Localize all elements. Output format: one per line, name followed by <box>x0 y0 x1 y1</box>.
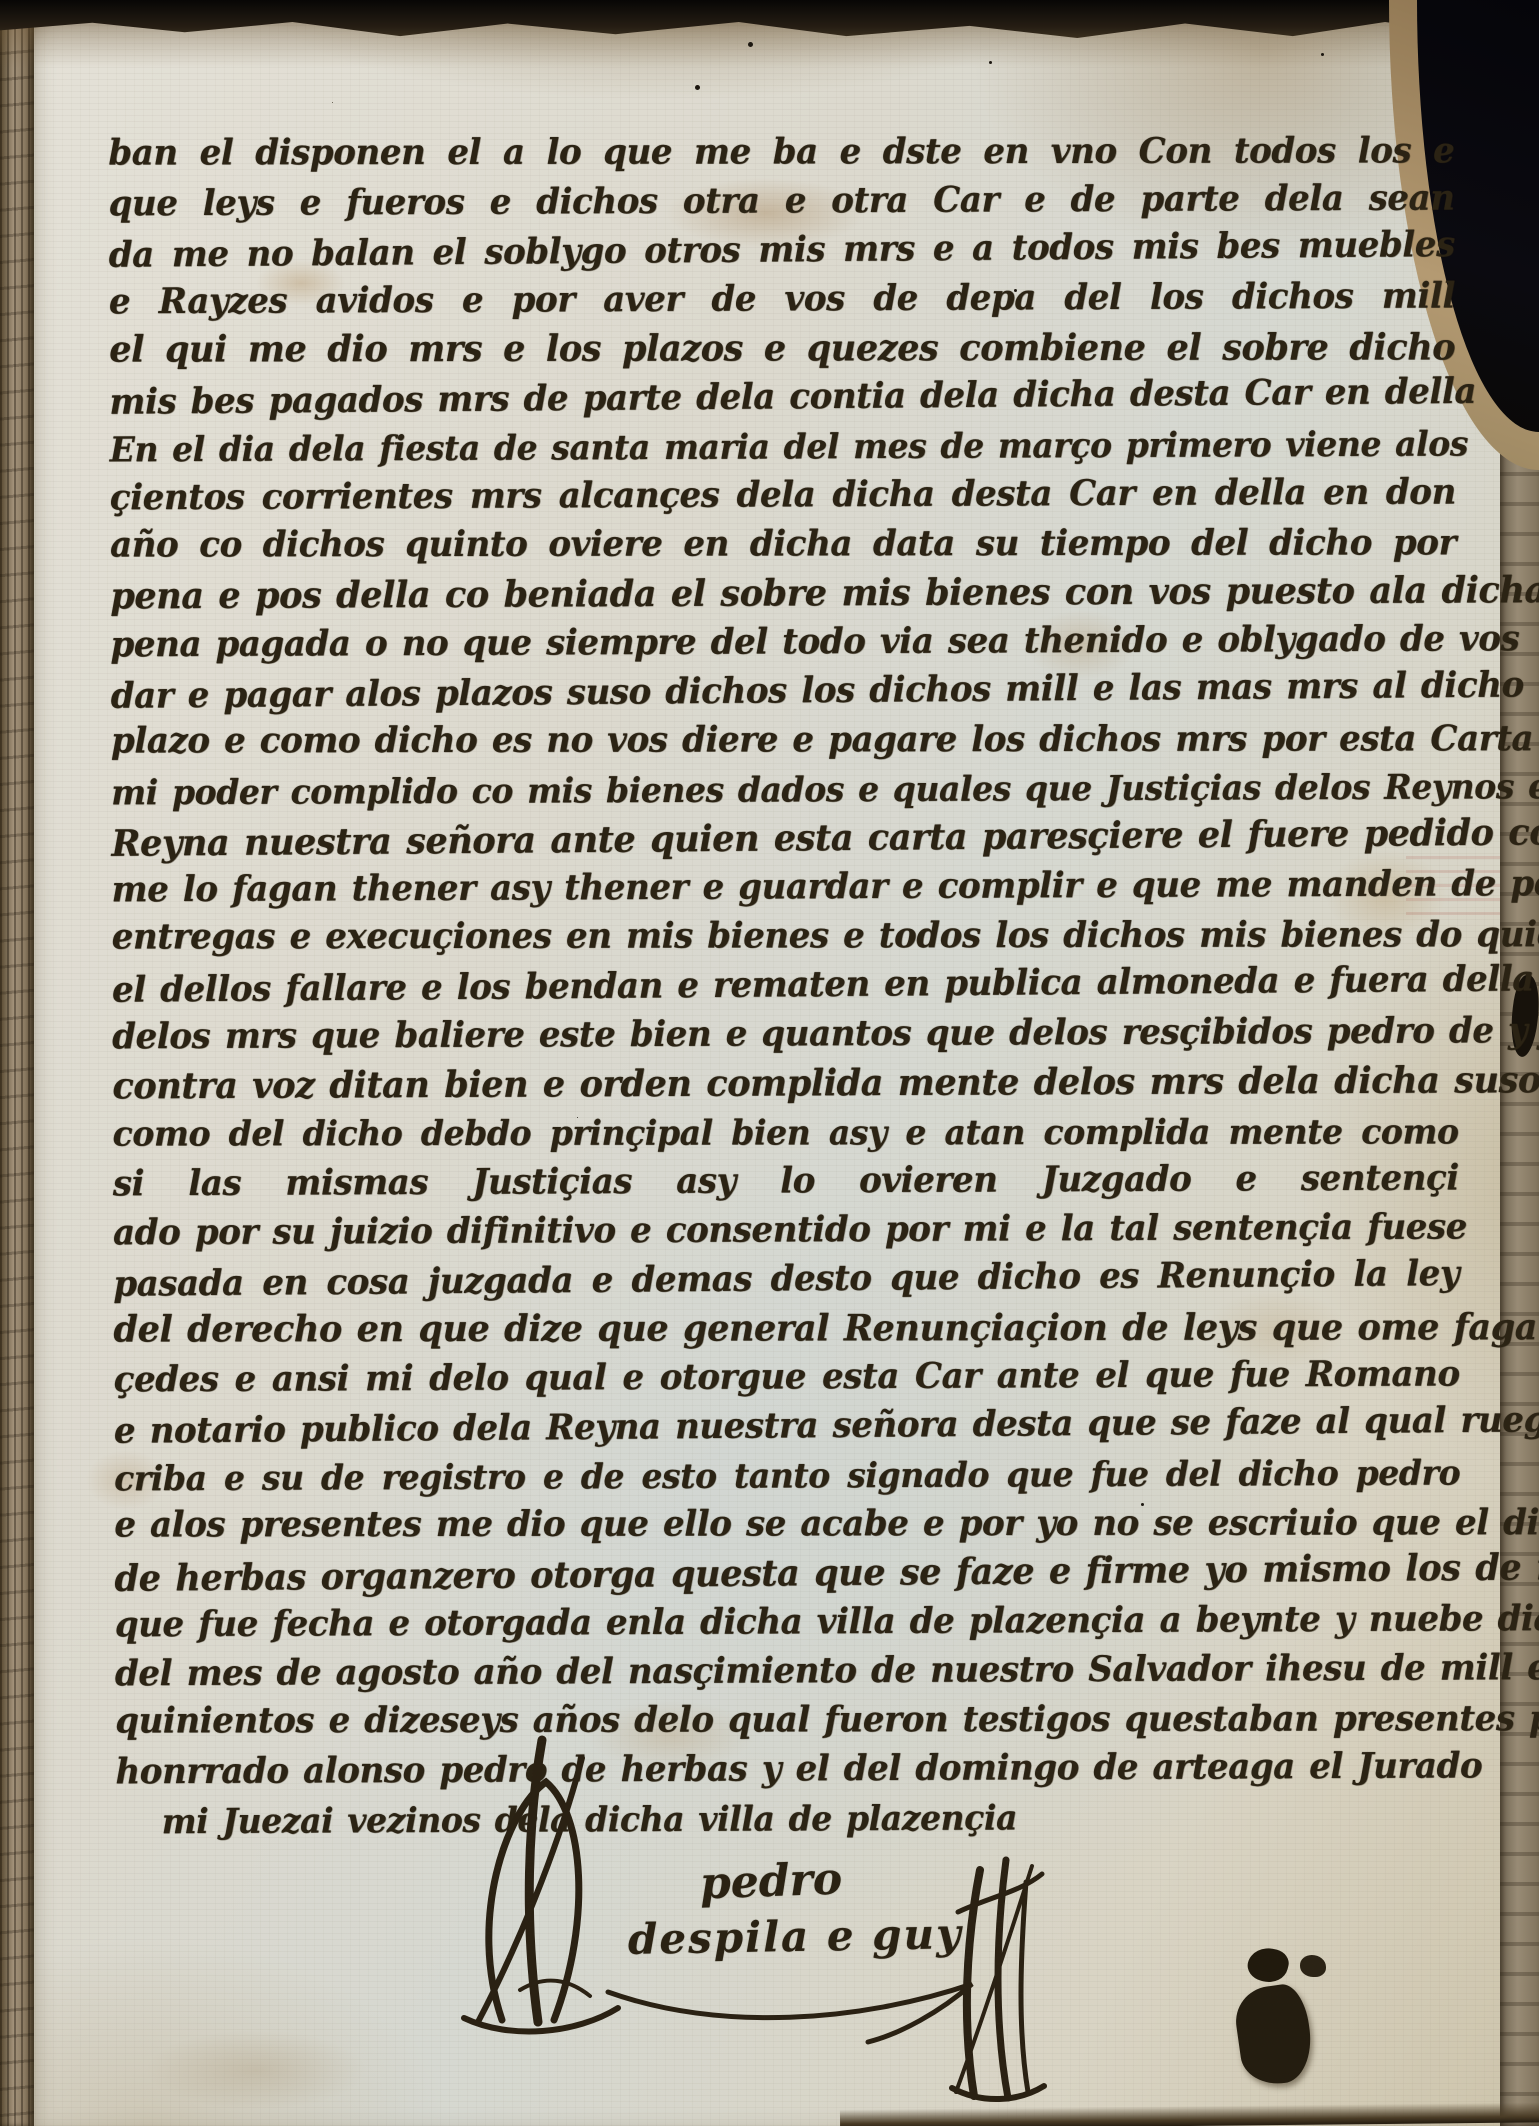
manuscript-text-line: pasada en cosa juzgada e demas desto que… <box>113 1249 1459 1311</box>
manuscript-text-line: que fue fecha e otorgada enla dicha vill… <box>115 1594 1461 1651</box>
manuscript-text-line: del mes de agosto año del nasçimiento de… <box>115 1643 1461 1700</box>
manuscript-text-line: del derecho en que dize que general Renu… <box>113 1302 1459 1355</box>
manuscript-text-line: criba e su de registro e de esto tanto s… <box>114 1447 1460 1504</box>
manuscript-text-line: me lo fagan thener asy thener e guardar … <box>111 859 1457 916</box>
manuscript-text-line: si las mismas Justiçias asy lo ovieren J… <box>113 1153 1459 1210</box>
book-binding-edge <box>0 0 34 2126</box>
manuscript-text-line: mi Juezai vezinos dela dicha villa de pl… <box>116 1790 1462 1847</box>
manuscript-text-line: el qui me dio mrs e los plazos e quezes … <box>109 322 1455 375</box>
ink-specks <box>695 85 700 90</box>
ink-blot <box>1300 1955 1326 1977</box>
manuscript-text-line: çientos corrientes mrs alcançes dela dic… <box>110 467 1456 524</box>
manuscript-text-line: honrrado alonso pedro de herbas y el del… <box>115 1741 1461 1798</box>
manuscript-text-line: como del dicho debdo prinçipal bien asy … <box>113 1106 1459 1159</box>
manuscript-text-block: ban el disponen el a lo que me ba e dste… <box>108 125 1461 1846</box>
manuscript-text-line: e Rayzes avidos e por aver de vos de dep… <box>109 271 1455 328</box>
manuscript-text-line: dar e pagar alos plazos suso dichos los … <box>111 661 1457 723</box>
paper-stain <box>146 2030 366 2110</box>
manuscript-text-line: año co dichos quinto oviere en dicha dat… <box>110 518 1456 571</box>
manuscript-text-line: delos mrs que baliere este bien e quanto… <box>112 1006 1458 1063</box>
manuscript-text-line: En el dia dela fiesta de santa maria del… <box>110 418 1456 475</box>
manuscript-text-line: plazo e como dicho es no vos diere e pag… <box>111 714 1457 767</box>
manuscript-photo: ban el disponen el a lo que me ba e dste… <box>0 0 1539 2126</box>
manuscript-text-line: quinientos e dizeseys años delo qual fue… <box>115 1694 1461 1747</box>
manuscript-text-line: entregas e execuçiones en mis bienes e t… <box>112 910 1458 963</box>
manuscript-text-line: e alos presentes me dio que ello se acab… <box>114 1498 1460 1551</box>
manuscript-text-line: pena e pos della co beniada el sobre mis… <box>110 565 1456 622</box>
manuscript-text-line: ban el disponen el a lo que me ba e dste… <box>108 126 1454 179</box>
manuscript-text-line: contra voz ditan bien e orden complida m… <box>112 1055 1458 1112</box>
